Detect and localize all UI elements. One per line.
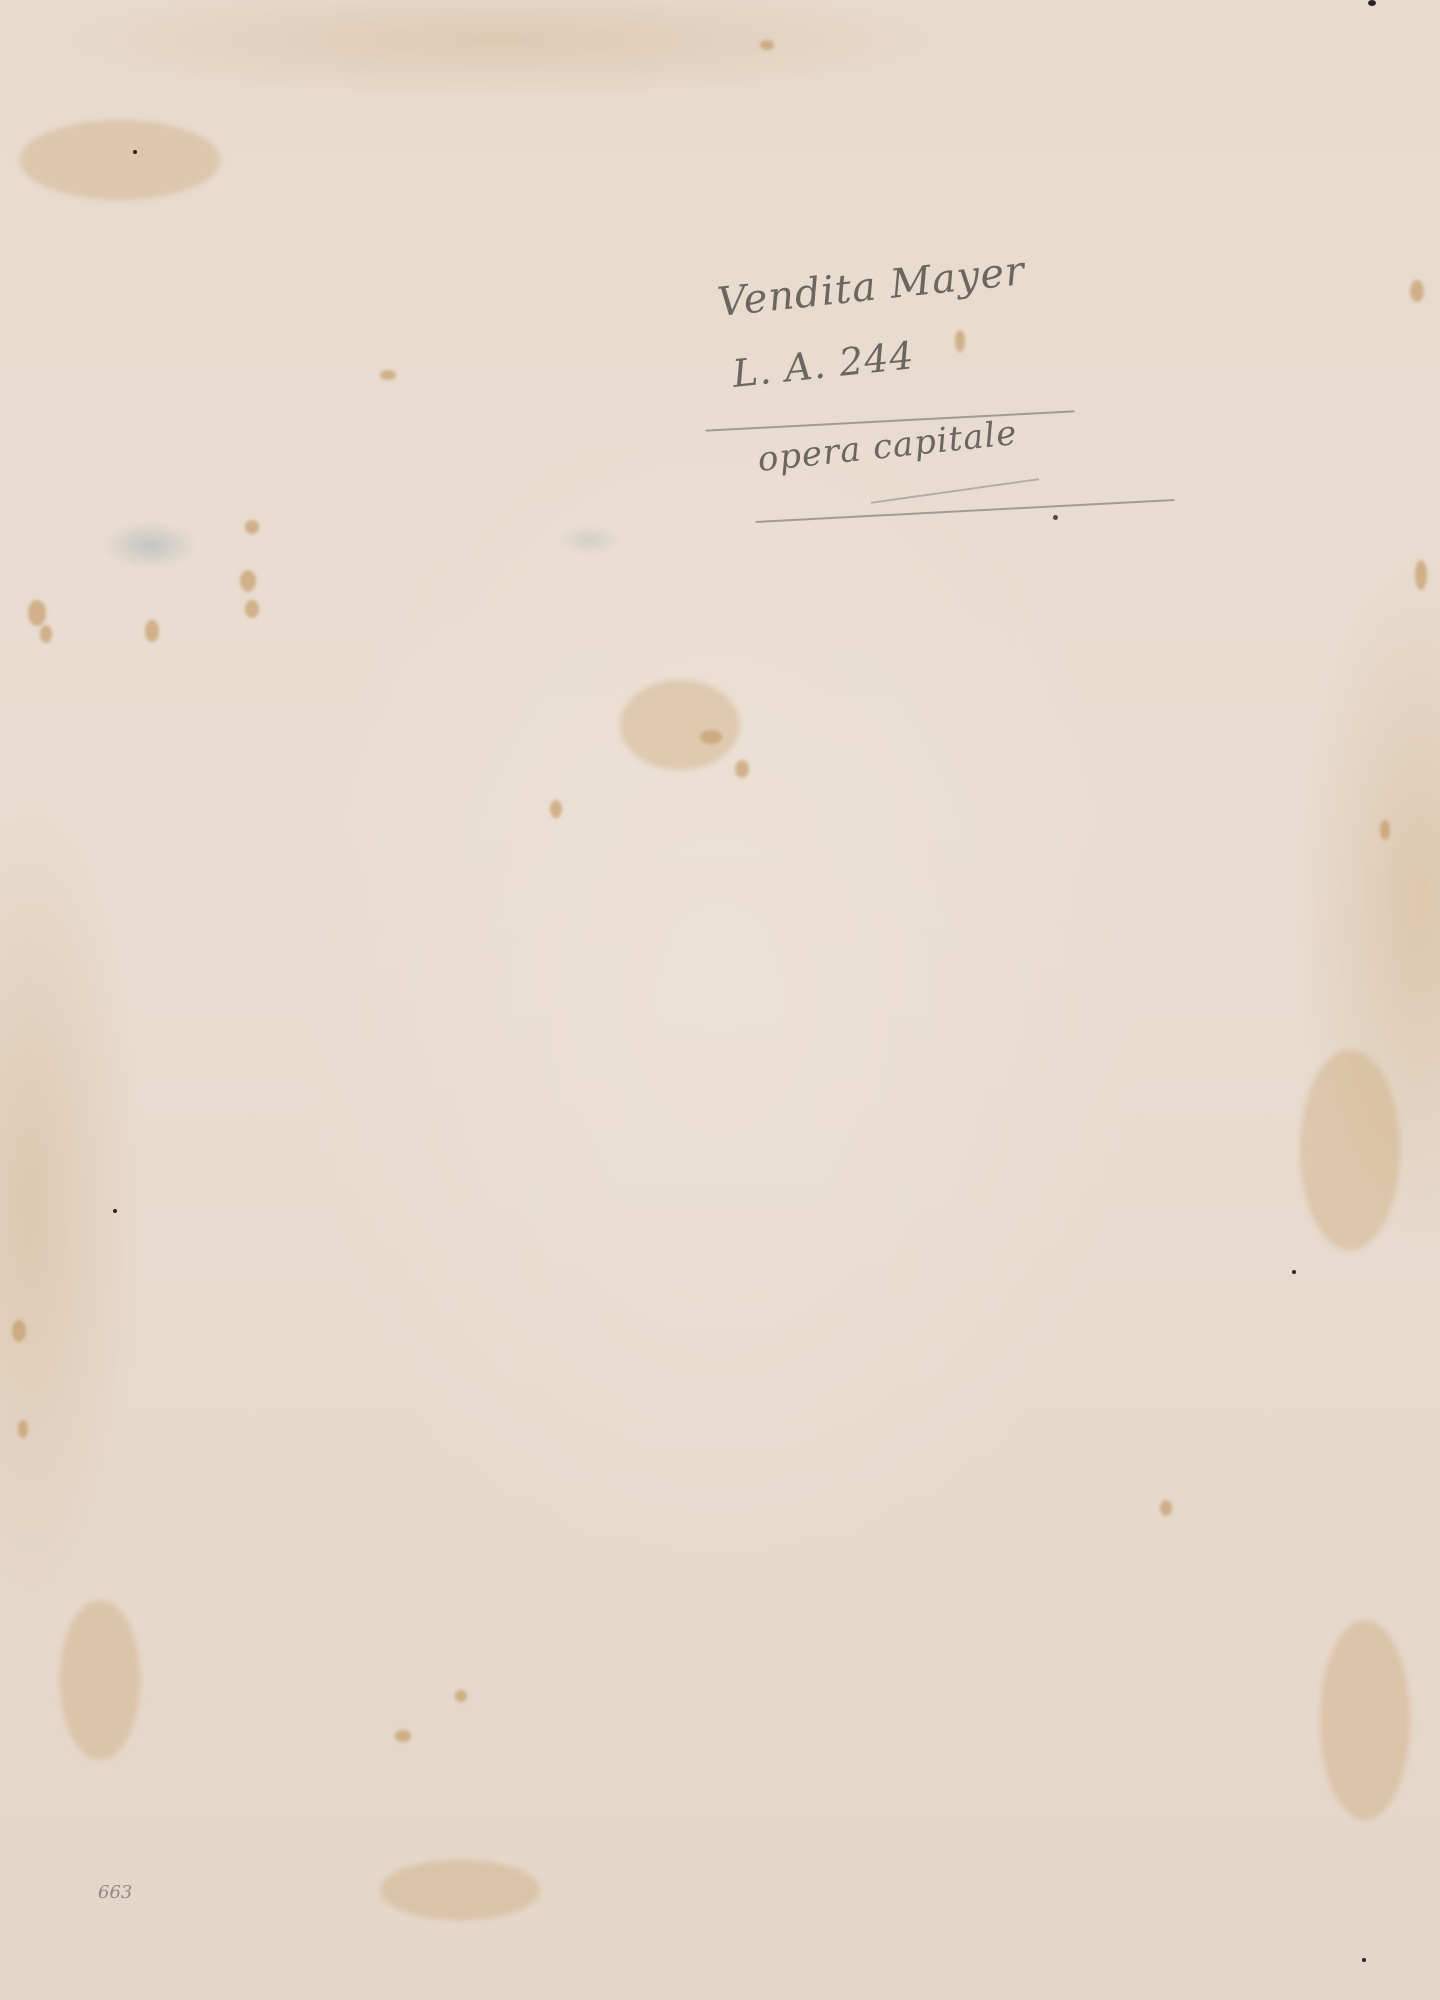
foxing-spot xyxy=(1380,820,1390,840)
underline xyxy=(755,499,1175,523)
foxing-spot xyxy=(240,570,256,592)
foxing-spot xyxy=(1410,280,1424,302)
foxing-spot xyxy=(28,600,46,626)
handwritten-inscription: Vendita Mayer L. A. 244 opera capitale xyxy=(700,270,1180,530)
foxing-spot xyxy=(145,620,159,642)
foxing-spot xyxy=(1300,1050,1400,1250)
foxing-spot xyxy=(620,680,740,770)
speck xyxy=(113,1209,117,1213)
inscription-line-sale: Vendita Mayer xyxy=(715,248,1027,326)
foxing-spot xyxy=(455,1690,467,1702)
foxing-spot xyxy=(550,800,562,818)
speck xyxy=(1292,1270,1296,1274)
foxing-spot xyxy=(18,1420,28,1438)
underline xyxy=(871,478,1040,504)
speck xyxy=(1368,0,1376,6)
foxing-spot xyxy=(245,520,259,534)
speck xyxy=(133,150,137,154)
foxing-spot xyxy=(380,370,396,380)
catalog-number: 663 xyxy=(98,1882,132,1903)
foxing-spot xyxy=(12,1320,26,1342)
speck xyxy=(1362,1958,1366,1962)
foxing-spot xyxy=(760,40,774,50)
foxing-spot xyxy=(245,600,259,618)
foxing-spot xyxy=(60,1600,140,1760)
inscription-line-lot: L. A. 244 xyxy=(730,333,916,396)
paper-sheet: Vendita Mayer L. A. 244 opera capitale 6… xyxy=(0,0,1440,2000)
foxing-spot xyxy=(395,1730,411,1742)
foxing-spot xyxy=(1415,560,1427,590)
foxing-spot xyxy=(20,120,220,200)
foxing-spot xyxy=(40,625,52,643)
foxing-spot xyxy=(1160,1500,1172,1516)
foxing-spot xyxy=(380,1860,540,1920)
foxing-spot xyxy=(735,760,749,778)
inscription-line-note: opera capitale xyxy=(756,413,1019,480)
foxing-spot xyxy=(1320,1620,1410,1820)
